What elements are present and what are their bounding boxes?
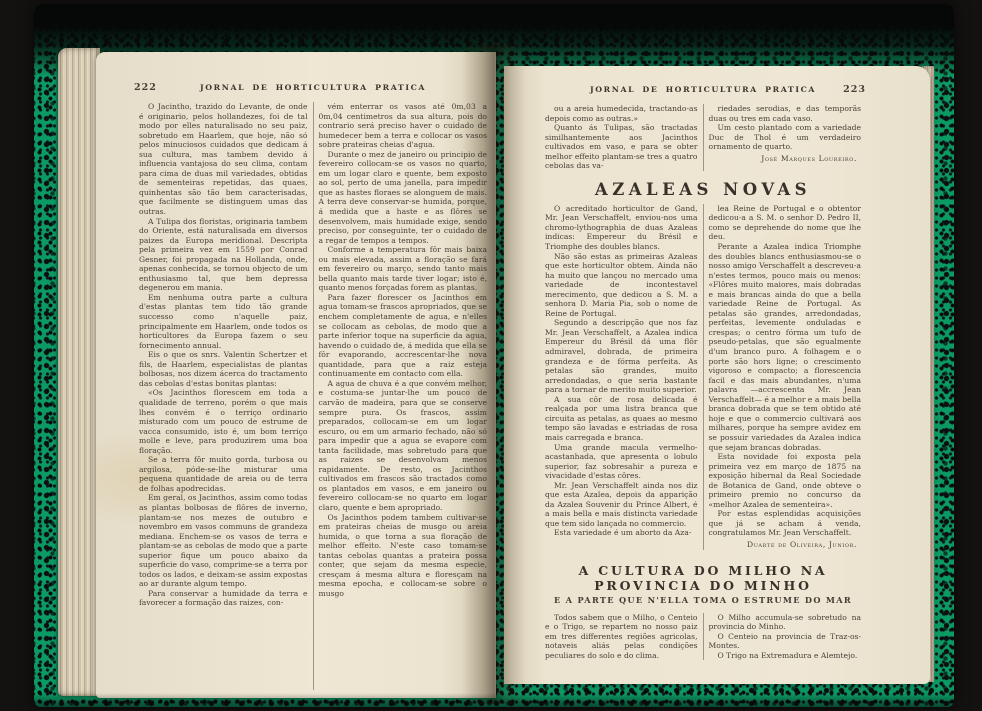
paragraph: Em geral, os Jacinthos, assim como todas…: [139, 493, 308, 588]
signature-loureiro: José Marques Loureiro.: [709, 154, 862, 164]
paragraph: Segundo a descripção que nos faz Mr. Jea…: [545, 318, 698, 394]
paragraph: Uma grande macula vermelho-acastanhada, …: [545, 443, 698, 481]
book-cover-marbled: 222 JORNAL DE HORTICULTURA PRATICA O Jac…: [34, 4, 954, 707]
paragraph: O Jacintho, trazido do Levante, de onde …: [139, 102, 308, 217]
page-number-left: 222: [134, 82, 180, 93]
paragraph: Não são estas as primeiras Azaleas que e…: [545, 252, 698, 319]
paragraph: Se a terra fôr muito gorda, turbosa ou a…: [139, 455, 308, 493]
page-223-header: JORNAL DE HORTICULTURA PRATICA 223: [540, 84, 866, 95]
book-bottom-shadow: [34, 693, 954, 707]
page-number-right: 223: [820, 84, 866, 95]
paragraph: A Tulipa dos floristas, originaria tambe…: [139, 217, 308, 293]
paragraph: Durante o mez de janeiro ou principio de…: [319, 150, 488, 245]
milho-column-2: O Milho accumula-se sobretudo na provinc…: [703, 613, 867, 661]
paragraph: O Centeio na provincia de Traz-os-Montes…: [709, 632, 862, 651]
paragraph: A agua de chuva é a que convém melhor, e…: [319, 379, 488, 513]
tulipas-column-2: riedades serodias, e das temporãs duas o…: [703, 104, 867, 171]
paragraph: Eis o que os snrs. Valentin Schertzer et…: [139, 350, 308, 388]
article-tulipas-columns: ou a areia humedecida, tractando-as depo…: [540, 104, 866, 171]
paragraph: Um cesto plantado com a variedade Duc de…: [709, 123, 862, 152]
signature-oliveira: Duarte de Oliveira, Junior.: [709, 540, 862, 550]
paragraph: Esta novidade foi exposta pela primeira …: [709, 452, 862, 509]
tulipas-column-2-paragraphs: riedades serodias, e das temporãs duas o…: [709, 104, 862, 152]
running-title-right: JORNAL DE HORTICULTURA PRATICA: [586, 85, 820, 94]
paragraph: Para fazer florescer os Jacinthos em agu…: [319, 293, 488, 379]
photo-backdrop: 222 JORNAL DE HORTICULTURA PRATICA O Jac…: [0, 0, 982, 711]
article-milho-columns: Todos sabem que o Milho, o Centeio e o T…: [540, 613, 866, 661]
azaleas-column-2: lea Reine de Portugal e o obtentor dedic…: [703, 204, 867, 550]
paragraph: O acreditado horticultor de Gand, Mr. Je…: [545, 204, 698, 252]
page-222-columns: O Jacintho, trazido do Levante, de onde …: [134, 102, 492, 690]
heading-azaleas-novas: AZALEAS NOVAS: [540, 180, 866, 199]
paragraph: Conforme a temperatura fôr mais baixa ou…: [319, 245, 488, 293]
paragraph: riedades serodias, e das temporãs duas o…: [709, 104, 862, 123]
page-223-content: JORNAL DE HORTICULTURA PRATICA 223 ou a …: [504, 66, 930, 684]
paragraph: Por estas esplendidas acquisições que já…: [709, 509, 862, 538]
paragraph: Para conservar a humidade da terra e fav…: [139, 589, 308, 608]
page-edges-left: [58, 48, 100, 696]
paragraph: Todos sabem que o Milho, o Centeio e o T…: [545, 613, 698, 661]
paragraph: lea Reine de Portugal e o obtentor dedic…: [709, 204, 862, 242]
running-title-left: JORNAL DE HORTICULTURA PRATICA: [180, 83, 446, 92]
paragraph: ou a areia humedecida, tractando-as depo…: [545, 104, 698, 123]
page-223: JORNAL DE HORTICULTURA PRATICA 223 ou a …: [504, 66, 930, 684]
page-222-content: 222 JORNAL DE HORTICULTURA PRATICA O Jac…: [96, 52, 496, 698]
paragraph: Quanto ás Tulipas, são tractadas similha…: [545, 123, 698, 171]
article-azaleas-columns: O acreditado horticultor de Gand, Mr. Je…: [540, 204, 866, 550]
heading-cultura-milho: A CULTURA DO MILHO NA PROVINCIA DO MINHO: [540, 563, 866, 593]
paragraph: «Os Jacinthos florescem em toda a qualid…: [139, 388, 308, 455]
paragraph: Em nenhuma outra parte a cultura d'estas…: [139, 293, 308, 350]
paragraph: A sua côr de rosa delicada é realçada po…: [545, 395, 698, 443]
milho-column-1: Todos sabem que o Milho, o Centeio e o T…: [540, 613, 703, 661]
paragraph: Perante a Azalea indica Triomphe des dou…: [709, 242, 862, 452]
paragraph: O Milho accumula-se sobretudo na provinc…: [709, 613, 862, 632]
paragraph: Mr. Jean Verschaffelt ainda nos diz que …: [545, 481, 698, 529]
page-222-column-2: vém enterrar os vasos até 0m,03 a 0m,04 …: [313, 102, 493, 690]
paragraph: Os Jacinthos podem tambem cultivar-se em…: [319, 513, 488, 599]
page-222-header: 222 JORNAL DE HORTICULTURA PRATICA: [134, 82, 492, 93]
paragraph: vém enterrar os vasos até 0m,03 a 0m,04 …: [319, 102, 488, 150]
page-222: 222 JORNAL DE HORTICULTURA PRATICA O Jac…: [96, 52, 496, 698]
azaleas-column-1: O acreditado horticultor de Gand, Mr. Je…: [540, 204, 703, 550]
page-222-column-1: O Jacintho, trazido do Levante, de onde …: [134, 102, 313, 690]
paragraph: O Trigo na Extremadura e Alemtejo.: [709, 651, 862, 661]
paragraph: Esta variedade é um aborto da Aza-: [545, 528, 698, 538]
azaleas-column-2-paragraphs: lea Reine de Portugal e o obtentor dedic…: [709, 204, 862, 538]
subheading-cultura-milho: E A PARTE QUE N'ELLA TOMA O ESTRUME DO M…: [540, 595, 866, 605]
tulipas-column-1: ou a areia humedecida, tractando-as depo…: [540, 104, 703, 171]
